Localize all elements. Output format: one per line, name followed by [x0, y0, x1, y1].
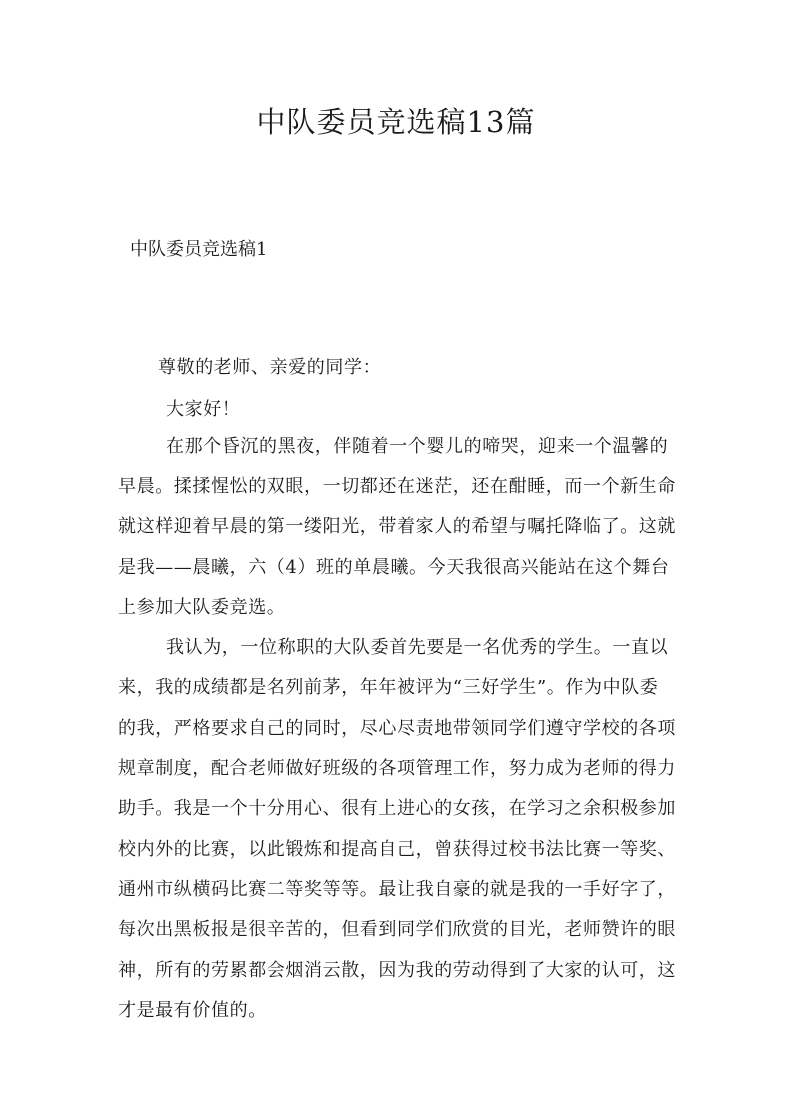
paragraph-line: 就这样迎着早晨的第一缕阳光，带着家人的希望与嘱托降临了。这就 [118, 514, 688, 540]
paragraph-line: 是我——晨曦，六（4）班的单晨曦。今天我很高兴能站在这个舞台 [118, 555, 688, 581]
document-title: 中队委员竞选稿13篇 [0, 102, 792, 142]
paragraph-line: 助手。我是一个十分用心、很有上进心的女孩，在学习之余积极参加 [118, 796, 688, 822]
paragraph-line: 我认为，一位称职的大队委首先要是一名优秀的学生。一直以 [166, 635, 736, 661]
greeting: 大家好！ [166, 397, 736, 423]
paragraph-line: 的我，严格要求自己的同时，尽心尽责地带领同学们遵守学校的各项 [118, 716, 688, 742]
paragraph-line: 每次出黑板报是很辛苦的，但看到同学们欣赏的目光，老师赞许的眼 [118, 917, 688, 943]
paragraph-line: 在那个昏沉的黑夜，伴随着一个婴儿的啼哭，迎来一个温馨的 [166, 434, 736, 460]
section-heading: 中队委员竞选稿1 [130, 237, 267, 263]
paragraph-line: 才是最有价值的。 [118, 998, 688, 1024]
salutation: 尊敬的老师、亲爱的同学： [158, 355, 728, 381]
paragraph-line: 神，所有的劳累都会烟消云散，因为我的劳动得到了大家的认可，这 [118, 958, 688, 984]
paragraph-line: 通州市纵横码比赛二等奖等等。最让我自豪的就是我的一手好字了， [118, 877, 688, 903]
paragraph-line: 来，我的成绩都是名列前茅，年年被评为“三好学生”。作为中队委 [118, 675, 688, 701]
paragraph-line: 早晨。揉揉惺忪的双眼，一切都还在迷茫，还在酣睡，而一个新生命 [118, 474, 688, 500]
document-page: 中队委员竞选稿13篇 中队委员竞选稿1 尊敬的老师、亲爱的同学： 大家好！ 在那… [0, 0, 792, 1120]
paragraph-line: 校内外的比赛，以此锻炼和提高自己，曾获得过校书法比赛一等奖、 [118, 837, 688, 863]
paragraph-line: 上参加大队委竞选。 [118, 595, 688, 621]
paragraph-line: 规章制度，配合老师做好班级的各项管理工作，努力成为老师的得力 [118, 756, 688, 782]
